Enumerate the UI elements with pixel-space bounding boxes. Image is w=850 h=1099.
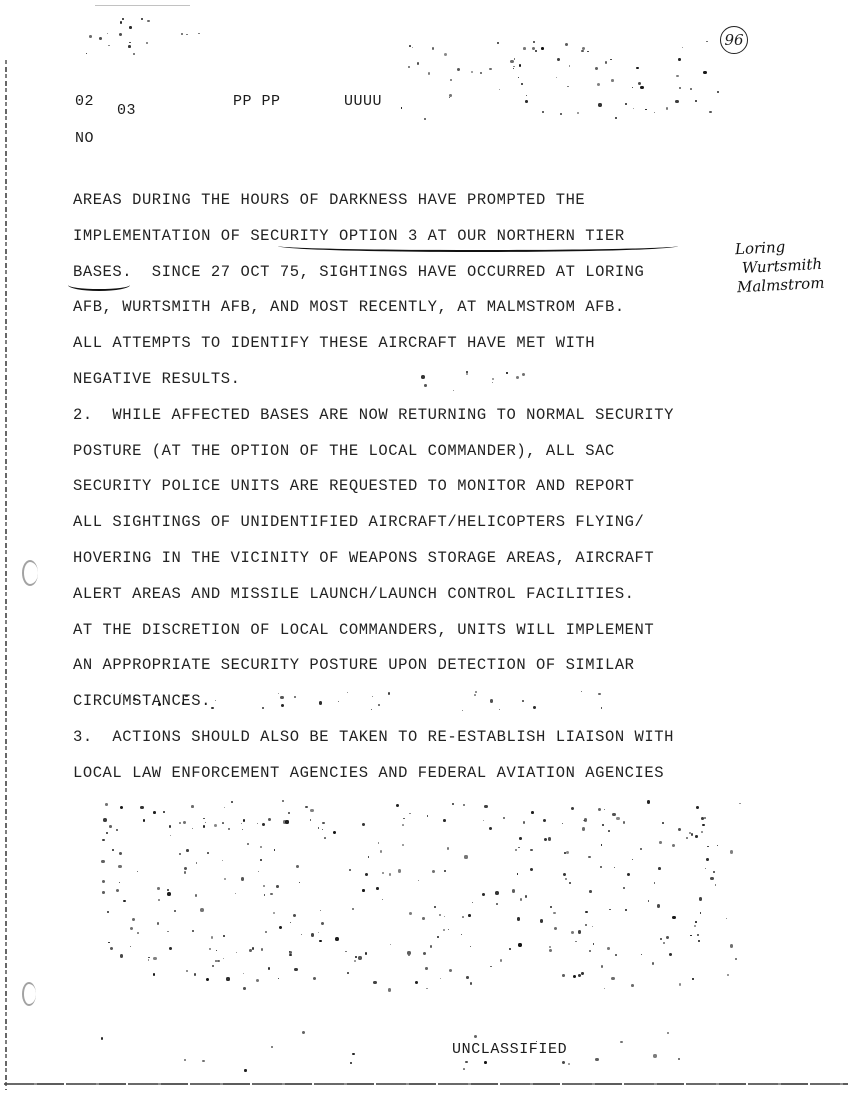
body-line: LOCAL LAW ENFORCEMENT AGENCIES AND FEDER…: [73, 760, 753, 796]
body-line: POSTURE (AT THE OPTION OF THE LOCAL COMM…: [73, 438, 753, 474]
handwritten-margin-note: Loring Wurtsmith Malmstrom: [735, 236, 825, 298]
header-field-1: 02: [75, 93, 94, 110]
page-number-circled: 96: [720, 26, 748, 54]
classification-footer: UNCLASSIFIED: [452, 1041, 567, 1058]
body-line: NEGATIVE RESULTS.: [73, 366, 753, 402]
bottom-page-edge: [4, 1083, 848, 1085]
header-precedence: PP PP: [233, 93, 281, 110]
body-line: 3. ACTIONS SHOULD ALSO BE TAKEN TO RE-ES…: [73, 724, 753, 760]
body-line: AT THE DISCRETION OF LOCAL COMMANDERS, U…: [73, 617, 753, 653]
header-field-2: 03: [117, 102, 136, 119]
body-line: AFB, WURTSMITH AFB, AND MOST RECENTLY, A…: [73, 294, 753, 330]
body-line: SECURITY POLICE UNITS ARE REQUESTED TO M…: [73, 473, 753, 509]
body-line: AN APPROPRIATE SECURITY POSTURE UPON DET…: [73, 652, 753, 688]
body-line: HOVERING IN THE VICINITY OF WEAPONS STOR…: [73, 545, 753, 581]
left-margin-smudge: [22, 560, 38, 586]
margin-note-line: Malmstrom: [737, 274, 825, 298]
page-number-text: 96: [724, 31, 743, 49]
body-line: ALL ATTEMPTS TO IDENTIFY THESE AIRCRAFT …: [73, 330, 753, 366]
header-classification-code: UUUU: [344, 93, 382, 110]
body-line: AREAS DURING THE HOURS OF DARKNESS HAVE …: [73, 187, 753, 223]
left-margin-smudge: [22, 982, 36, 1006]
body-line: ALERT AREAS AND MISSILE LAUNCH/LAUNCH CO…: [73, 581, 753, 617]
body-line: ALL SIGHTINGS OF UNIDENTIFIED AIRCRAFT/H…: [73, 509, 753, 545]
handwritten-underline-bases: [68, 279, 130, 291]
document-page: 96 02 03 PP PP UUUU NO AREAS DURING THE …: [0, 0, 850, 1099]
body-line: BASES. SINCE 27 OCT 75, SIGHTINGS HAVE O…: [73, 259, 753, 295]
body-line: CIRCUMSTANCES.: [73, 688, 753, 724]
left-page-edge: [5, 60, 7, 1090]
header-line-2: NO: [75, 130, 94, 147]
top-rule: [95, 5, 190, 6]
message-body: AREAS DURING THE HOURS OF DARKNESS HAVE …: [73, 187, 753, 796]
handwritten-underline-security-option: [278, 240, 678, 252]
body-line: 2. WHILE AFFECTED BASES ARE NOW RETURNIN…: [73, 402, 753, 438]
